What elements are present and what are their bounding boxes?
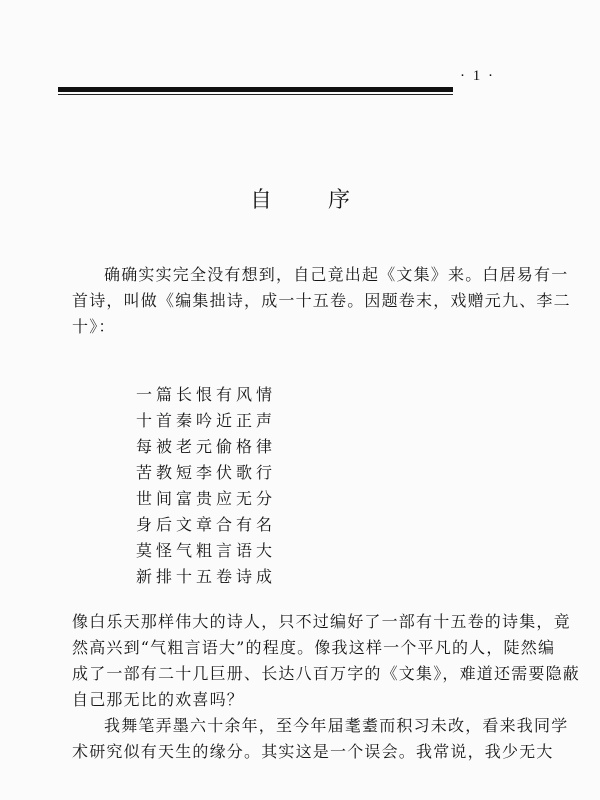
- poem-line: 新排十五卷诗成: [136, 567, 276, 587]
- paragraph-line: 像白乐天那样伟大的诗人，只不过编好了一部有十五卷的诗集，竟: [72, 612, 528, 632]
- paragraph-line: 术研究似有天生的缘分。其实这是一个误会。我常说，我少无大: [72, 742, 528, 762]
- poem-line: 苦教短李伏歌行: [136, 463, 276, 483]
- paragraph-line: 我舞笔弄墨六十余年，至今年届耄耋而积习未改，看来我同学: [104, 716, 560, 736]
- paragraph-line: 自己那无比的欢喜吗？: [72, 690, 528, 710]
- paragraph-line: 成了一部有二十几巨册、长达八百万字的《文集》，难道还需要隐蔽: [72, 664, 528, 684]
- poem-line: 世间富贵应无分: [136, 489, 276, 509]
- header-rule-thin: [58, 94, 453, 95]
- header-rule-thick: [58, 87, 453, 92]
- poem-line: 每被老元偷格律: [136, 437, 276, 457]
- title-char-2: 序: [328, 183, 350, 214]
- page-number: · 1 ·: [400, 68, 495, 85]
- page-title: 自序: [0, 183, 600, 214]
- poem-line: 十首秦吟近正声: [136, 411, 276, 431]
- title-char-1: 自: [250, 183, 272, 214]
- poem-line: 莫怪气粗言语大: [136, 541, 276, 561]
- paragraph-line: 十》：: [72, 317, 528, 337]
- paragraph-line: 首诗，叫做《编集拙诗，成一十五卷。因题卷末，戏赠元九、李二: [72, 291, 528, 311]
- paragraph-line: 确确实实完全没有想到，自己竟出起《文集》来。白居易有一: [104, 265, 560, 285]
- poem-line: 身后文章合有名: [136, 515, 276, 535]
- paragraph-line: 然高兴到“气粗言语大”的程度。像我这样一个平凡的人，陡然编: [72, 638, 528, 658]
- poem-line: 一篇长恨有风情: [136, 385, 276, 405]
